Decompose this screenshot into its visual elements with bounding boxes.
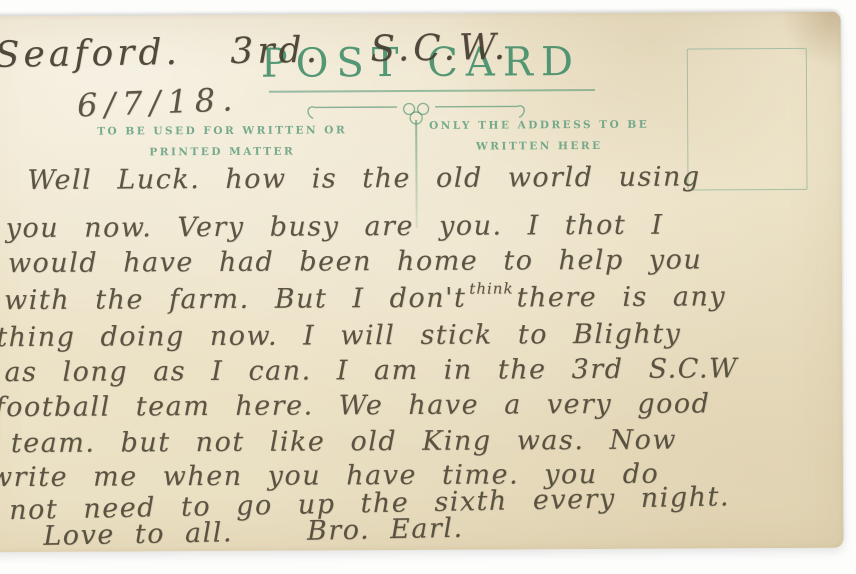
stamp-box xyxy=(687,48,808,191)
right-instruction-line2: WRITTEN HERE xyxy=(419,136,659,158)
inserted-word: think xyxy=(469,279,513,297)
signature: Bro. Earl. xyxy=(307,513,464,547)
message-line: you now. Very busy are you. I thot I xyxy=(6,210,664,244)
left-instruction-line2: PRINTED MATTER xyxy=(91,141,353,163)
left-instruction: TO BE USED FOR WRITTEN OR PRINTED MATTER xyxy=(91,120,353,163)
message-line: Well Luck. how is the old world using xyxy=(27,161,700,196)
message-line-segment: with the farm. But I don't xyxy=(4,283,466,316)
message-line-segment: there is any xyxy=(517,281,727,313)
left-instruction-line1: TO BE USED FOR WRITTEN OR xyxy=(91,120,353,142)
message-line: would have had been home to help you xyxy=(8,244,703,279)
message-line: thing doing now. I will stick to Blighty xyxy=(0,319,681,354)
handwritten-location-line: Seaford. 3rd. S.C.W. xyxy=(0,27,509,76)
handwritten-date: 6/7/18. xyxy=(76,80,240,124)
right-instruction: ONLY THE ADDRESS TO BE WRITTEN HERE xyxy=(419,115,659,158)
message-line: team. but not like old King was. Now xyxy=(11,425,677,459)
message-line: with the farm. But I don'tthinkthere is … xyxy=(4,281,726,316)
signature-line: Love to all.Bro. Earl. xyxy=(43,513,464,552)
postcard: POST CARD TO BE USED FOR WRITTEN OR PRIN… xyxy=(0,12,843,553)
message-line: as long as I can. I am in the 3rd S.C.W xyxy=(4,353,738,388)
closing: Love to all. xyxy=(43,517,233,552)
right-instruction-line1: ONLY THE ADDRESS TO BE xyxy=(419,115,659,137)
message-line: football team here. We have a very good xyxy=(0,388,710,423)
scan-background: POST CARD TO BE USED FOR WRITTEN OR PRIN… xyxy=(0,0,856,574)
title-underline xyxy=(269,89,595,93)
